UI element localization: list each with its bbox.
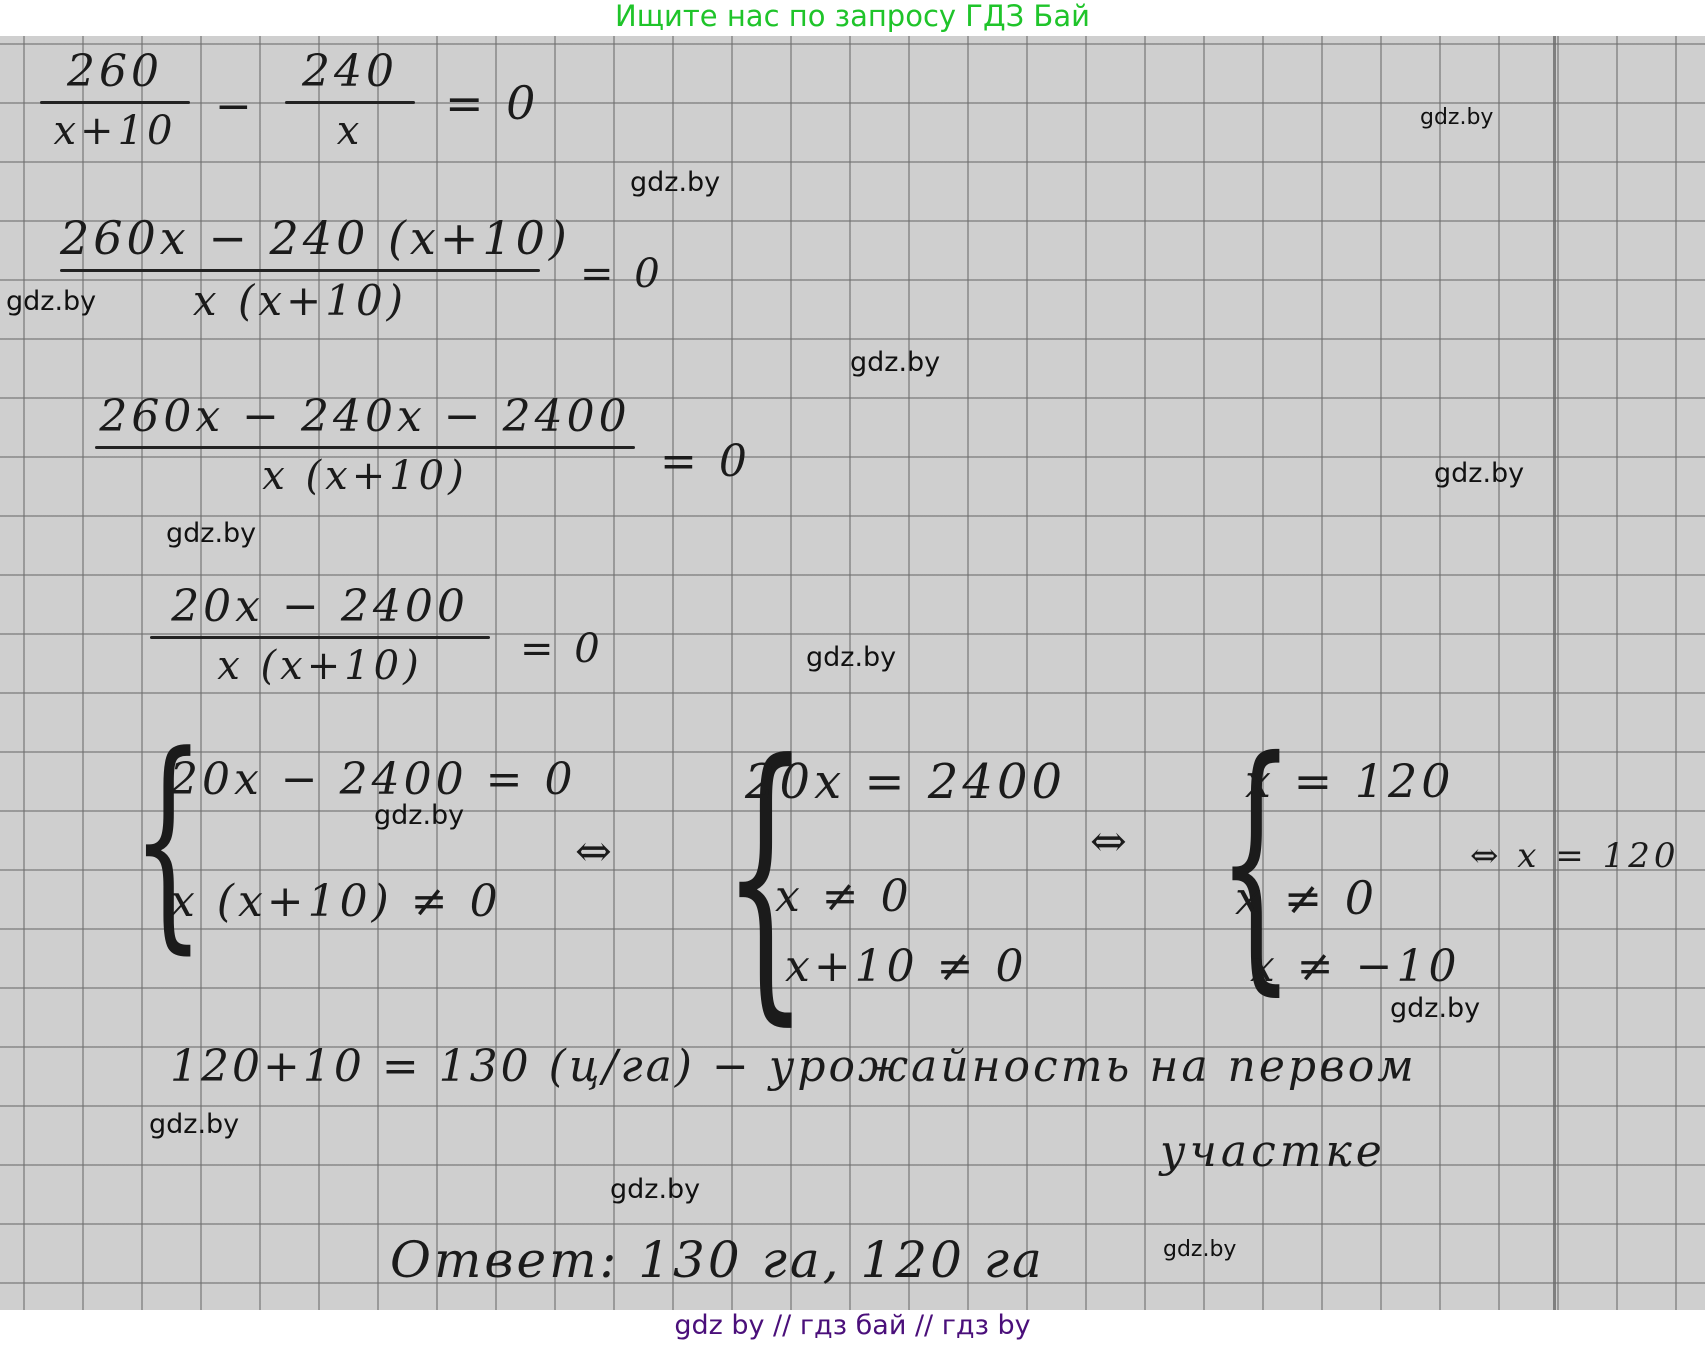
yield-result-line: 120+10 = 130 (ц/га) − урожайность на пер… [170, 1041, 1417, 1092]
footer-tagline: gdz by // гдз бай // гдз by [0, 1310, 1705, 1345]
equivalence-2: ⇔ [1090, 816, 1131, 867]
final-result: ⇔ x = 120 [1470, 836, 1679, 876]
fraction-eq4: 20x − 2400 x (x+10) [150, 581, 490, 689]
watermark: gdz.by [610, 1174, 700, 1205]
system1-line2: x (x+10) ≠ 0 [170, 876, 502, 927]
search-hint-banner[interactable]: Ищите нас по запросу ГДЗ Бай [0, 0, 1705, 36]
search-hint-link[interactable]: Ищите нас по запросу ГДЗ Бай [615, 0, 1090, 33]
watermark: gdz.by [1390, 993, 1480, 1024]
notebook-page: 260 x+10 − 240 x = 0 260x − 240 (x+10) x… [0, 36, 1705, 1310]
fraction-eq3: 260x − 240x − 2400 x (x+10) [95, 391, 635, 499]
watermark: gdz.by [1163, 1237, 1236, 1262]
watermark: gdz.by [1420, 105, 1493, 130]
eq4-rhs: = 0 [520, 626, 604, 672]
minus-sign: − [215, 81, 256, 132]
yield-result-line-cont: участке [1160, 1126, 1386, 1177]
system2-line1: 20x = 2400 [745, 754, 1066, 810]
watermark: gdz.by [149, 1109, 239, 1140]
system3-line2: x ≠ 0 [1235, 871, 1378, 925]
watermark: gdz.by [850, 347, 940, 378]
system2-line3: x+10 ≠ 0 [785, 941, 1028, 992]
system1-line1: 20x − 2400 = 0 [170, 754, 576, 805]
system2-line2: x ≠ 0 [775, 871, 913, 922]
watermark: gdz.by [1434, 458, 1524, 489]
fraction-eq2: 260x − 240 (x+10) x (x+10) [60, 211, 540, 325]
fraction-260-over-x-plus-10: 260 x+10 [40, 46, 190, 154]
watermark: gdz.by [374, 800, 464, 831]
eq1-rhs: = 0 [445, 76, 539, 130]
system3-line1: x = 120 [1245, 754, 1455, 808]
watermark: gdz.by [166, 518, 256, 549]
margin-line [1553, 36, 1556, 1310]
eq2-rhs: = 0 [580, 251, 664, 297]
watermark: gdz.by [806, 642, 896, 673]
eq3-rhs: = 0 [660, 436, 751, 487]
watermark: gdz.by [630, 167, 720, 198]
equivalence-1: ⇔ [575, 826, 616, 877]
watermark: gdz.by [6, 286, 96, 317]
system3-line3: x ≠ −10 [1250, 941, 1461, 992]
answer-line: Ответ: 130 га, 120 га [390, 1231, 1045, 1289]
fraction-240-over-x: 240 x [285, 46, 415, 154]
